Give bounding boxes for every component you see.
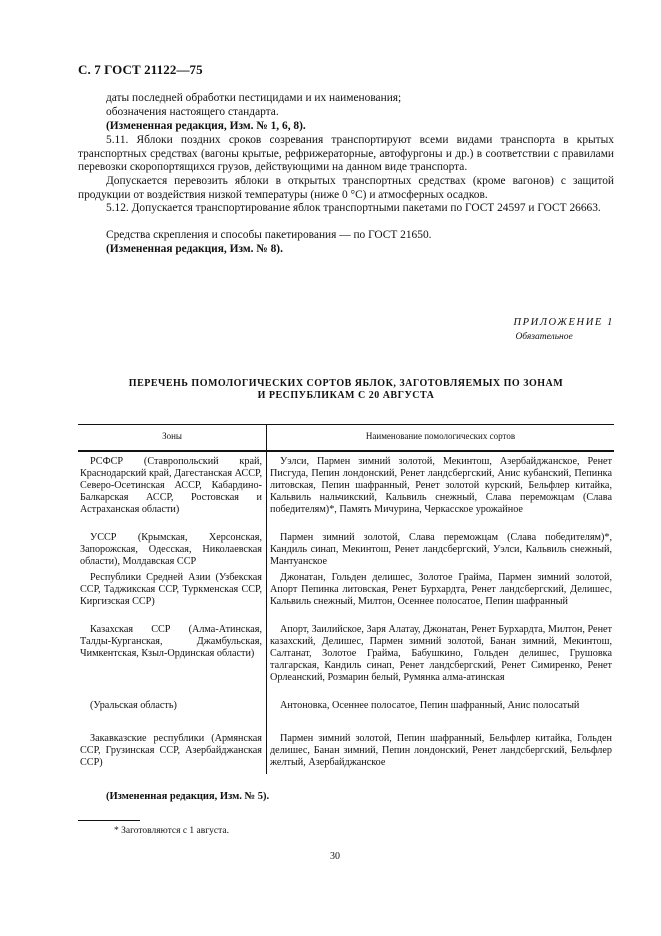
section-5-11-text: 5.11. Яблоки поздних сроков созревания т… xyxy=(78,134,614,175)
table-row-zone: Республики Средней Азии (Узбекская ССР, … xyxy=(80,572,262,608)
section-5-12-amendment: (Измененная редакция, Изм. № 8). xyxy=(78,243,614,257)
column-header-zones: Зоны xyxy=(78,431,266,441)
table-row-varieties: Антоновка, Осеннее полосатое, Пепин шафр… xyxy=(270,700,612,712)
intro-amendment: (Измененная редакция, Изм. № 1, 6, 8). xyxy=(78,120,614,134)
page-number: 30 xyxy=(330,851,340,862)
table-title-line-2: И РЕСПУБЛИКАМ С 20 АВГУСТА xyxy=(78,390,614,402)
table-title-line-1: ПЕРЕЧЕНЬ ПОМОЛОГИЧЕСКИХ СОРТОВ ЯБЛОК, ЗА… xyxy=(78,378,614,390)
column-header-varieties: Наименование помологических сортов xyxy=(267,431,614,441)
table-row-varieties: Джонатан, Гольден делишес, Золотое Грайм… xyxy=(270,572,612,608)
section-5-12-text: 5.12. Допускается транспортирование ябло… xyxy=(78,202,614,216)
footnote: * Заготовляются с 1 августа. xyxy=(114,826,229,836)
table-title: ПЕРЕЧЕНЬ ПОМОЛОГИЧЕСКИХ СОРТОВ ЯБЛОК, ЗА… xyxy=(78,378,614,402)
table-row-varieties: Пармен зимний золотой, Слава переможцам … xyxy=(270,532,612,568)
table-row-varieties: Апорт, Заилийское, Заря Алатау, Джонатан… xyxy=(270,624,612,684)
table-row-zone: (Уральская область) xyxy=(80,700,262,712)
table-top-rule xyxy=(78,424,614,425)
footnote-rule xyxy=(78,820,140,821)
table-row-zone: Закавказские республики (Армянская ССР, … xyxy=(80,733,262,769)
appendix-status: Обязательное xyxy=(513,330,614,344)
table-row-zone: УССР (Крымская, Херсонская, Запорожская,… xyxy=(80,532,262,568)
section-5-11-para2: Допускается перевозить яблоки в открытых… xyxy=(78,175,614,202)
table-row-zone: РСФСР (Ставропольский край, Краснодарски… xyxy=(80,456,262,516)
appendix-label-block: ПРИЛОЖЕНИЕ 1 Обязательное xyxy=(513,316,614,344)
appendix-label: ПРИЛОЖЕНИЕ 1 xyxy=(513,316,614,330)
document-header: С. 7 ГОСТ 21122—75 xyxy=(78,62,203,78)
table-row-varieties: Уэлси, Пармен зимний золотой, Мекинтош, … xyxy=(270,456,612,516)
intro-line-1: даты последней обработки пестицидами и и… xyxy=(78,92,614,106)
intro-line-2: обозначения настоящего стандарта. xyxy=(78,106,614,120)
table-column-divider xyxy=(266,424,267,774)
table-amendment: (Измененная редакция, Изм. № 5). xyxy=(106,791,269,802)
table-header-rule xyxy=(78,450,614,452)
table-row-zone: Казахская ССР (Алма-Атинская, Талды-Кург… xyxy=(80,624,262,660)
section-5-12-para2: Средства скрепления и способы пакетирова… xyxy=(78,229,614,243)
table-row-varieties: Пармен зимний золотой, Пепин шафранный, … xyxy=(270,733,612,769)
